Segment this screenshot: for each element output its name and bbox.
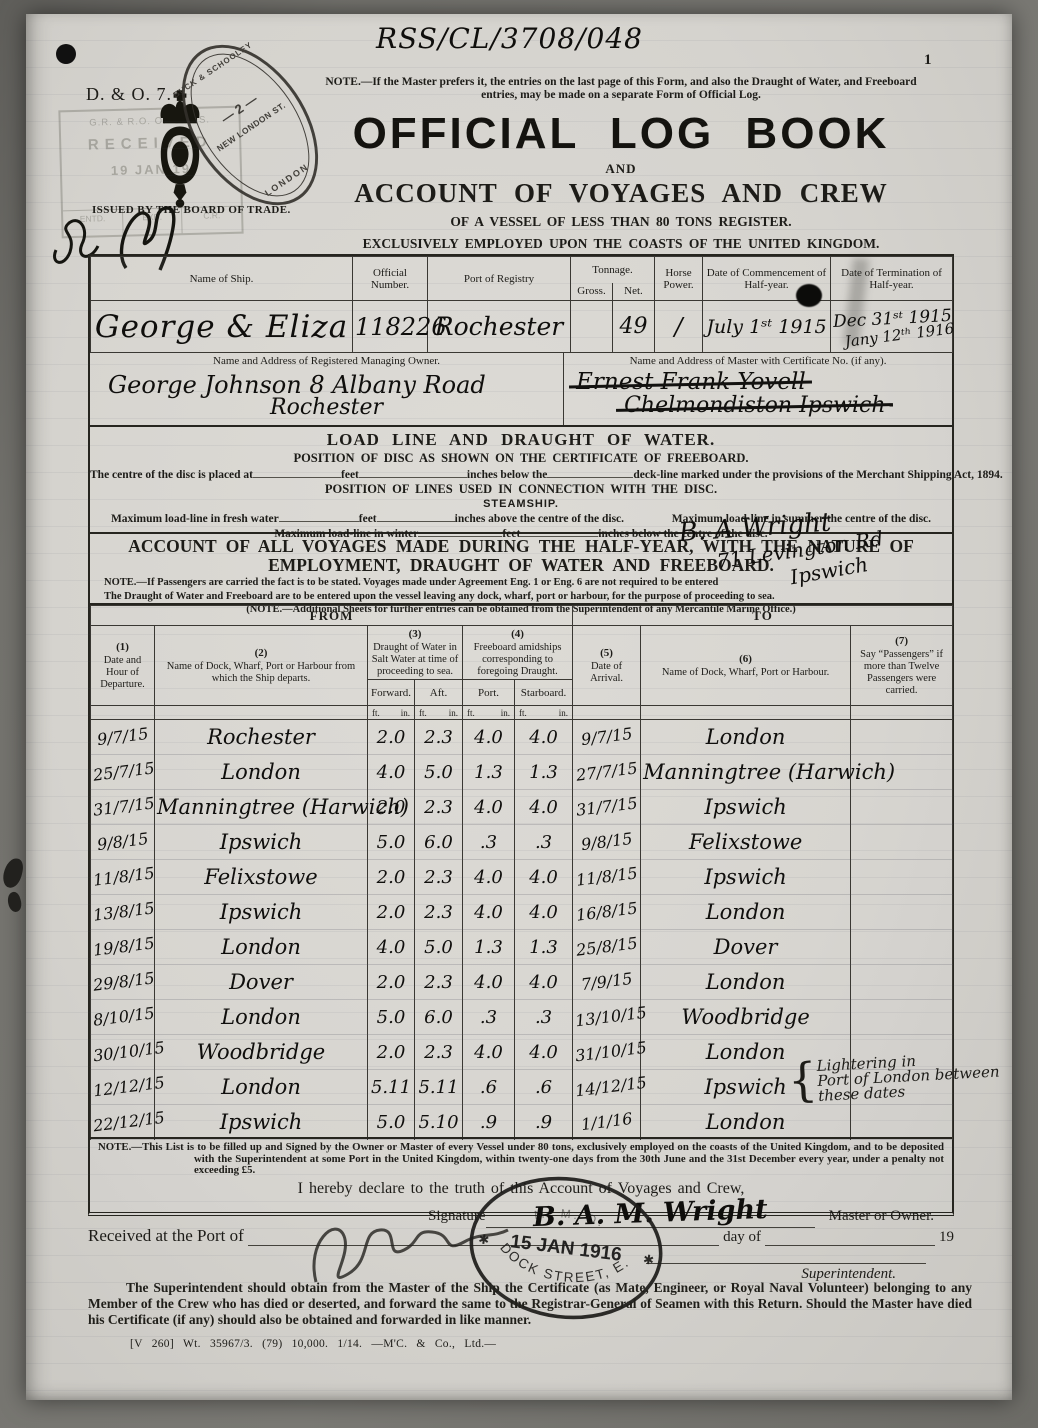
centre-text2: inches below the	[467, 469, 548, 481]
cell-to-port: Woodbridge	[641, 1000, 851, 1035]
cell-departure-date: 13/8/15	[91, 895, 155, 930]
cell-from-port: London	[155, 1070, 368, 1105]
centre-text3: deck-line marked under the provisions of…	[633, 469, 1002, 481]
cell-draught-forward: 2.0	[368, 965, 415, 1000]
cell-draught-forward: 2.0	[368, 720, 415, 755]
collabel-1: Date and Hour of Departure.	[93, 655, 152, 691]
units-empty-2	[155, 706, 368, 720]
cell-arrival-date: 25/8/15	[573, 930, 641, 965]
cell-draught-aft: 5.0	[415, 930, 463, 965]
voyage-row: 19/8/15 London 4.0 5.0 1.3 1.3 25/8/15 D…	[91, 930, 953, 965]
cell-arrival-date: 13/10/15	[573, 1000, 641, 1035]
cell-draught-aft: 6.0	[415, 825, 463, 860]
cell-from-port: London	[155, 1000, 368, 1035]
cell-arrival-date: 7/9/15	[573, 965, 641, 1000]
colnum-6: (6)	[643, 653, 848, 665]
cell-freeboard-starboard: 4.0	[515, 965, 573, 1000]
paper-edge-tear	[5, 890, 24, 913]
form-box: Name of Ship. Official Number. Port of R…	[88, 254, 954, 1216]
cell-departure-date: 8/10/15	[91, 1000, 155, 1035]
cell-draught-forward: 5.11	[368, 1070, 415, 1105]
voyage-row: 11/8/15 Felixstowe 2.0 2.3 4.0 4.0 11/8/…	[91, 860, 953, 895]
blank-fresh-inches	[377, 512, 455, 522]
col-freeboard: (4)Freeboard amidships corresponding to …	[463, 626, 573, 680]
cell-freeboard-starboard: .6	[515, 1070, 573, 1105]
group-header-from: FROM	[91, 606, 573, 626]
value-port-of-registry: Rochester	[428, 301, 571, 353]
cell-arrival-date: 11/8/15	[573, 860, 641, 895]
collabel-5: Date of Arrival.	[575, 661, 638, 685]
page-number: 1	[924, 52, 932, 69]
colnum-1: (1)	[93, 641, 152, 653]
voyage-row: 22/12/15 Ipswich 5.0 5.10 .9 .9 1/1/16 L…	[91, 1105, 953, 1140]
units-aft: ft.in.	[415, 706, 463, 720]
cell-freeboard-port: 4.0	[463, 790, 515, 825]
cell-freeboard-starboard: 4.0	[515, 790, 573, 825]
cell-freeboard-port: .3	[463, 825, 515, 860]
voyage-row: 8/10/15 London 5.0 6.0 .3 .3 13/10/15 Wo…	[91, 1000, 953, 1035]
cell-passengers	[851, 1000, 953, 1035]
cell-departure-date: 29/8/15	[91, 965, 155, 1000]
cell-to-port: London	[641, 965, 851, 1000]
cell-departure-date: 25/7/15	[91, 755, 155, 790]
cell-draught-aft: 5.10	[415, 1105, 463, 1140]
cell-passengers	[851, 930, 953, 965]
subcol-aft: Aft.	[415, 680, 463, 706]
cell-freeboard-starboard: .3	[515, 1000, 573, 1035]
fresh-feet-label: feet	[359, 513, 377, 525]
title-block: NOTE.—If the Master prefers it, the entr…	[318, 76, 924, 252]
unit-ft: ft.	[519, 708, 527, 718]
cell-passengers	[851, 860, 953, 895]
units-empty-3	[573, 706, 641, 720]
subtitle-line3: OF A VESSEL OF LESS THAN 80 TONS REGISTE…	[318, 214, 924, 230]
cell-draught-forward: 2.0	[368, 1035, 415, 1070]
value-master-name-struck: Ernest Frank Yovell	[576, 369, 952, 395]
cell-freeboard-starboard: 4.0	[515, 895, 573, 930]
cell-freeboard-port: 4.0	[463, 720, 515, 755]
ink-blot	[796, 284, 822, 307]
unit-in: in.	[559, 708, 568, 718]
ship-particulars-table: Name of Ship. Official Number. Port of R…	[90, 256, 953, 353]
colnum-3: (3)	[370, 628, 460, 640]
cell-draught-forward: 2.0	[368, 895, 415, 930]
cell-arrival-date: 16/8/15	[573, 895, 641, 930]
voyage-row: 25/7/15 London 4.0 5.0 1.3 1.3 27/7/15 M…	[91, 755, 953, 790]
cell-from-port: Manningtree (Harwich)	[155, 790, 368, 825]
subtitle-line4: EXCLUSIVELY EMPLOYED UPON THE COASTS OF …	[318, 236, 924, 252]
unit-in: in.	[501, 708, 510, 718]
voyage-row: 9/7/15 Rochester 2.0 2.3 4.0 4.0 9/7/15 …	[91, 720, 953, 755]
fresh-text2: inches above the centre of the disc.	[455, 513, 624, 525]
cell-arrival-date: 1/1/16	[573, 1105, 641, 1140]
cell-freeboard-starboard: 4.0	[515, 720, 573, 755]
unit-in: in.	[401, 708, 410, 718]
header-horse-power: Horse Power.	[655, 257, 703, 301]
day-blank	[765, 1228, 935, 1246]
master-label: Name and Address of Master with Certific…	[564, 353, 952, 367]
title-and: AND	[318, 161, 924, 177]
colnum-4: (4)	[465, 628, 570, 640]
cell-departure-date: 12/12/15	[91, 1070, 155, 1105]
blank-inches	[359, 468, 467, 478]
archive-reference-handwritten: RSS/CL/3708/048	[376, 22, 643, 55]
collabel-4: Freeboard amidships corresponding to for…	[465, 642, 570, 678]
stamp-star-right: ✱	[642, 1252, 655, 1268]
struck-master-name: Ernest Frank Yovell	[576, 369, 806, 395]
received-label: Received at the Port of	[88, 1226, 244, 1246]
load-line-sub2: POSITION OF LINES USED IN CONNECTION WIT…	[90, 482, 952, 497]
stamp-star-left: ✱	[478, 1231, 491, 1247]
cell-passengers	[851, 790, 953, 825]
cell-departure-date: 19/8/15	[91, 930, 155, 965]
cell-arrival-date: 14/12/15	[573, 1070, 641, 1105]
centre-text1: The centre of the disc is placed at	[90, 469, 253, 481]
cell-draught-forward: 5.0	[368, 825, 415, 860]
units-starboard: ft.in.	[515, 706, 573, 720]
cell-freeboard-starboard: 4.0	[515, 860, 573, 895]
top-note: NOTE.—If the Master prefers it, the entr…	[318, 76, 924, 101]
cell-freeboard-starboard: 1.3	[515, 755, 573, 790]
cell-from-port: Ipswich	[155, 825, 368, 860]
cell-departure-date: 30/10/15	[91, 1035, 155, 1070]
cell-departure-date: 22/12/15	[91, 1105, 155, 1140]
collabel-6: Name of Dock, Wharf, Port or Harbour.	[643, 667, 848, 679]
ship-particulars-section: Name of Ship. Official Number. Port of R…	[90, 256, 952, 352]
voyage-row: 13/8/15 Ipswich 2.0 2.3 4.0 4.0 16/8/15 …	[91, 895, 953, 930]
disc-centre-line: The centre of the disc is placed atfeeti…	[90, 468, 952, 481]
cell-draught-forward: 4.0	[368, 930, 415, 965]
struck-master-address: Chelmondiston Ipswich	[624, 393, 885, 418]
year-prefix: 19	[939, 1229, 954, 1246]
voyage-row: 29/8/15 Dover 2.0 2.3 4.0 4.0 7/9/15 Lon…	[91, 965, 953, 1000]
cell-draught-aft: 2.3	[415, 720, 463, 755]
value-net-tonnage: 49	[613, 301, 655, 353]
units-port: ft.in.	[463, 706, 515, 720]
cell-from-port: London	[155, 755, 368, 790]
group-header-to: TO	[573, 606, 953, 626]
master-half: Name and Address of Master with Certific…	[564, 353, 952, 425]
superintendent-signature-block: Superintendent.	[646, 1252, 926, 1283]
subtitle: ACCOUNT OF VOYAGES AND CREW	[318, 178, 924, 209]
cell-to-port: London	[641, 1105, 851, 1140]
header-gross: Gross.	[571, 283, 613, 301]
header-port-of-registry: Port of Registry	[428, 257, 571, 301]
cell-arrival-date: 31/10/15	[573, 1035, 641, 1070]
blank-feet	[253, 468, 341, 478]
collabel-3: Draught of Water in Salt Water at time o…	[370, 642, 460, 678]
cell-freeboard-port: .6	[463, 1070, 515, 1105]
header-name-of-ship: Name of Ship.	[91, 257, 353, 301]
main-title: OFFICIAL LOG BOOK	[318, 109, 924, 159]
cell-draught-forward: 4.0	[368, 755, 415, 790]
blank-deckline	[547, 468, 633, 478]
cell-from-port: London	[155, 930, 368, 965]
paper-edge-tear	[1, 856, 25, 889]
cell-arrival-date: 9/8/15	[573, 825, 641, 860]
col-draught: (3)Draught of Water in Salt Water at tim…	[368, 626, 463, 680]
punch-hole	[56, 44, 76, 64]
fresh-text1: Maximum load-line in fresh water	[111, 513, 279, 525]
cell-freeboard-starboard: 1.3	[515, 930, 573, 965]
voyage-row: 31/7/15 Manningtree (Harwich) 2.0 2.3 4.…	[91, 790, 953, 825]
colnum-7: (7)	[853, 635, 950, 647]
cell-from-port: Dover	[155, 965, 368, 1000]
units-empty-4	[641, 706, 851, 720]
cell-draught-aft: 2.3	[415, 895, 463, 930]
cell-to-port: Ipswich	[641, 790, 851, 825]
cell-draught-aft: 2.3	[415, 790, 463, 825]
cell-to-port: London	[641, 895, 851, 930]
cell-freeboard-port: 4.0	[463, 895, 515, 930]
cell-draught-aft: 5.11	[415, 1070, 463, 1105]
unit-ft: ft.	[419, 708, 427, 718]
cell-freeboard-port: 1.3	[463, 755, 515, 790]
cell-from-port: Rochester	[155, 720, 368, 755]
value-commencement-date: July 1ˢᵗ 1915	[703, 301, 831, 353]
centre-feet-label: feet	[341, 469, 359, 481]
account-note2: The Draught of Water and Freeboard are t…	[104, 591, 938, 603]
unit-in: in.	[449, 708, 458, 718]
colnum-2: (2)	[157, 647, 365, 659]
cell-freeboard-port: 4.0	[463, 965, 515, 1000]
unit-ft: ft.	[467, 708, 475, 718]
cell-draught-forward: 5.0	[368, 1105, 415, 1140]
cell-passengers	[851, 825, 953, 860]
subcol-port: Port.	[463, 680, 515, 706]
cell-to-port: Manningtree (Harwich)	[641, 755, 851, 790]
cell-from-port: Woodbridge	[155, 1035, 368, 1070]
superintendent-instructions: The Superintendent should obtain from th…	[88, 1280, 972, 1328]
owner-master-section: Name and Address of Registered Managing …	[90, 352, 952, 425]
cell-departure-date: 9/7/15	[91, 720, 155, 755]
load-line-sub1: POSITION OF DISC AS SHOWN ON THE CERTIFI…	[90, 451, 952, 466]
cell-freeboard-starboard: .9	[515, 1105, 573, 1140]
cell-arrival-date: 27/7/15	[573, 755, 641, 790]
load-line-heading: LOAD LINE AND DRAUGHT OF WATER.	[90, 430, 952, 450]
cell-from-port: Felixstowe	[155, 860, 368, 895]
cell-draught-aft: 6.0	[415, 1000, 463, 1035]
collabel-2: Name of Dock, Wharf, Port or Harbour fro…	[157, 661, 365, 685]
cell-passengers	[851, 965, 953, 1000]
units-empty-1	[91, 706, 155, 720]
voyage-row: 9/8/15 Ipswich 5.0 6.0 .3 .3 9/8/15 Feli…	[91, 825, 953, 860]
value-horse-power: /	[655, 301, 703, 353]
lightering-margin-note: { Lightering in Port of London between t…	[787, 1047, 1001, 1105]
cell-to-port: Ipswich	[641, 860, 851, 895]
cell-freeboard-port: 4.0	[463, 860, 515, 895]
cell-from-port: Ipswich	[155, 895, 368, 930]
cell-freeboard-port: .9	[463, 1105, 515, 1140]
col-departure-date: (1)Date and Hour of Departure.	[91, 626, 155, 706]
col-passengers: (7)Say “Passengers” if more than Twelve …	[851, 626, 953, 706]
cell-passengers	[851, 895, 953, 930]
master-or-owner-label: Master or Owner.	[815, 1208, 934, 1228]
cell-to-port: London	[641, 720, 851, 755]
cell-draught-aft: 2.3	[415, 965, 463, 1000]
header-official-number: Official Number.	[353, 257, 428, 301]
units-forward: ft.in.	[368, 706, 415, 720]
owner-label: Name and Address of Registered Managing …	[90, 353, 563, 367]
cell-to-port: Dover	[641, 930, 851, 965]
cell-draught-aft: 2.3	[415, 1035, 463, 1070]
cell-passengers	[851, 1105, 953, 1140]
voyages-table-section: FROM TO (1)Date and Hour of Departure. (…	[90, 603, 952, 1137]
cell-draught-forward: 5.0	[368, 1000, 415, 1035]
cell-freeboard-starboard: .3	[515, 825, 573, 860]
scanned-paper-sheet: RSS/CL/3708/048 1 D. & O. 7. G.R. & R.O.…	[26, 14, 1012, 1400]
cell-to-port: Felixstowe	[641, 825, 851, 860]
cell-draught-forward: 2.0	[368, 860, 415, 895]
unit-ft: ft.	[372, 708, 380, 718]
cell-freeboard-starboard: 4.0	[515, 1035, 573, 1070]
cell-departure-date: 31/7/15	[91, 790, 155, 825]
managing-owner-half: Name and Address of Registered Managing …	[90, 353, 564, 425]
header-net: Net.	[613, 283, 655, 301]
header-tonnage: Tonnage.	[571, 257, 655, 283]
value-gross-tonnage	[571, 301, 613, 353]
subcol-forward: Forward.	[368, 680, 415, 706]
cell-departure-date: 9/8/15	[91, 825, 155, 860]
value-master-address-struck: Chelmondiston Ipswich	[624, 393, 952, 418]
col-arrival-date: (5)Date of Arrival.	[573, 626, 641, 706]
colnum-5: (5)	[575, 647, 638, 659]
stamp-mmo-top-arc: M. M. O.	[532, 1203, 609, 1231]
subcol-starboard: Starboard.	[515, 680, 573, 706]
col-from-port: (2)Name of Dock, Wharf, Port or Harbour …	[155, 626, 368, 706]
collabel-7: Say “Passengers” if more than Twelve Pas…	[853, 649, 950, 697]
cell-departure-date: 11/8/15	[91, 860, 155, 895]
col-to-port: (6)Name of Dock, Wharf, Port or Harbour.	[641, 626, 851, 706]
cell-from-port: Ipswich	[155, 1105, 368, 1140]
cell-draught-aft: 2.3	[415, 860, 463, 895]
cell-arrival-date: 31/7/15	[573, 790, 641, 825]
value-new-master: B. A Wright 71 Levington Rd Ipswich	[678, 504, 886, 592]
cell-freeboard-port: .3	[463, 1000, 515, 1035]
cell-freeboard-port: 4.0	[463, 1035, 515, 1070]
svg-text:M. M. O.: M. M. O.	[532, 1203, 609, 1231]
day-of-label: day of	[723, 1229, 761, 1246]
blank-fresh-feet	[279, 512, 359, 522]
units-empty-5	[851, 706, 953, 720]
value-ship-name: George & Eliza	[91, 301, 353, 353]
scanned-log-book-page: { "meta": { "archive_ref": "RSS/CL/3708/…	[0, 0, 1038, 1428]
value-official-number: 118226	[353, 301, 428, 353]
cell-freeboard-port: 1.3	[463, 930, 515, 965]
margin-note-brace: {	[787, 1057, 819, 1105]
margin-note-lines: Lightering in Port of London between the…	[816, 1047, 1001, 1103]
superintendent-line	[646, 1252, 926, 1264]
cell-passengers	[851, 720, 953, 755]
cell-draught-aft: 5.0	[415, 755, 463, 790]
cell-arrival-date: 9/7/15	[573, 720, 641, 755]
printer-imprint: [V 260] Wt. 35967/3. (79) 10,000. 1/14. …	[130, 1338, 496, 1350]
